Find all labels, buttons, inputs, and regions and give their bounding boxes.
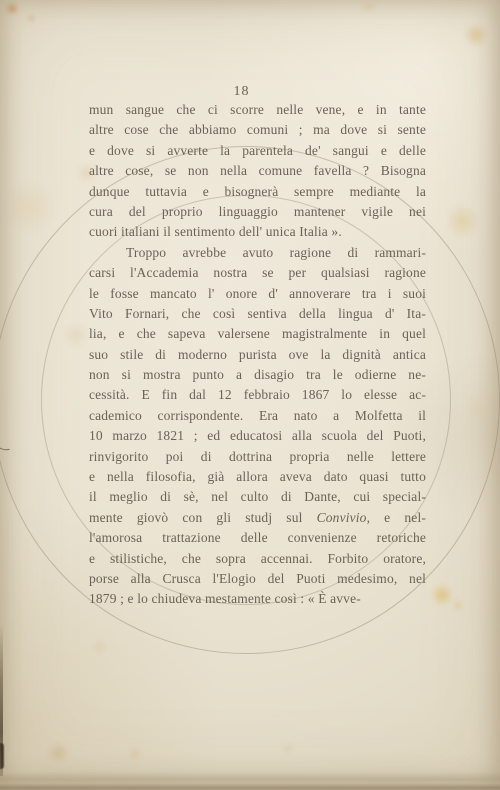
text-run: mun sangue che ci scorre nelle vene, e i… [89, 102, 426, 117]
text-line: porse alla Crusca l'Elogio del Puoti med… [89, 569, 426, 589]
text-run: Vito Fornari, che così sentiva della lin… [89, 306, 426, 321]
text-line: cura del proprio linguaggio mantener vig… [89, 202, 426, 222]
body-text: mun sangue che ci scorre nelle vene, e i… [89, 100, 426, 610]
text-run: suo stile di moderno purista ove la dign… [89, 347, 426, 362]
text-line: mente giovò con gli studj sul Convivio, … [89, 508, 426, 528]
foxing-stain [126, 748, 144, 760]
text-run: non si mostra punto a disagio tra le odi… [89, 367, 426, 382]
text-run: le fosse mancato l' onore d' annoverare … [89, 286, 426, 301]
page-edge-shadow-bottom [0, 772, 500, 790]
text-line: altre cose che abbiamo comuni ; ma dove … [89, 120, 426, 140]
text-line: non si mostra punto a disagio tra le odi… [89, 365, 426, 385]
edge-ink-mark [0, 433, 16, 452]
text-line: il meglio di sè, nel culto di Dante, cui… [89, 487, 426, 507]
text-line: altre cose, se non nella comune favella … [89, 161, 426, 181]
foxing-stain [468, 390, 494, 430]
text-line: dunque tuttavia e bisognerà sempre media… [89, 182, 426, 202]
text-run: dunque tuttavia e bisognerà sempre media… [89, 184, 426, 199]
text-line: l'amorosa trattazione delle convenienze … [89, 528, 426, 548]
text-line: rinvigorito poi di dottrina propria nell… [89, 447, 426, 467]
text-run: 1879 ; e lo chiudeva mestamente così : «… [89, 591, 361, 606]
foxing-stain [464, 22, 488, 48]
page-edge-dark-mark [0, 743, 4, 769]
foxing-stain [448, 200, 478, 242]
text-run: 10 marzo 1821 ; ed educatosi alla scuola… [89, 428, 426, 443]
text-line: cuori italiani il sentimento dell' unica… [89, 222, 426, 242]
text-run: lia, e che sapeva valersene magistralmen… [89, 326, 426, 341]
text-run: carsi l'Accademia nostra se per qualsias… [89, 265, 426, 280]
foxing-stain [44, 744, 72, 762]
text-run: cura del proprio linguaggio mantener vig… [89, 204, 426, 219]
text-run: Troppo avrebbe avuto ragione di rammari- [126, 245, 426, 260]
text-line: Vito Fornari, che così sentiva della lin… [89, 304, 426, 324]
foxing-stain [282, 744, 294, 753]
text-line: e dove si avverte la parentela de' sangu… [89, 141, 426, 161]
text-line: mun sangue che ci scorre nelle vene, e i… [89, 100, 426, 120]
text-run: porse alla Crusca l'Elogio del Puoti med… [89, 571, 426, 586]
text-run: cuori italiani il sentimento dell' unica… [89, 224, 342, 239]
text-line: e nella filosofia, già allora aveva dato… [89, 467, 426, 487]
page-edge-shadow-left [0, 624, 3, 776]
text-run: cessità. E fin dal 12 febbraio 1867 lo e… [89, 387, 426, 402]
foxing-stain [63, 321, 89, 349]
text-line: suo stile di moderno purista ove la dign… [89, 345, 426, 365]
text-line: 1879 ; e lo chiudeva mestamente così : «… [89, 589, 426, 609]
text-line: Troppo avrebbe avuto ragione di rammari- [89, 243, 426, 263]
page-number: 18 [73, 84, 410, 100]
text-run: e nella filosofia, già allora aveva dato… [89, 469, 426, 484]
book-page: 18 mun sangue che ci scorre nelle vene, … [0, 0, 500, 790]
text-run: il meglio di sè, nel culto di Dante, cui… [89, 489, 426, 504]
italic-text: Convivio [317, 510, 367, 525]
foxing-stain [27, 15, 36, 22]
text-run: e stilistiche, che sopra accennai. Forbi… [89, 551, 426, 566]
foxing-stain [6, 175, 52, 239]
text-line: le fosse mancato l' onore d' annoverare … [89, 284, 426, 304]
foxing-stain [452, 600, 464, 610]
text-line: 10 marzo 1821 ; ed educatosi alla scuola… [89, 426, 426, 446]
text-line: cademico corrispondente. Era nato a Molf… [89, 406, 426, 426]
text-run: , e nel- [367, 510, 426, 525]
text-run: altre cose, se non nella comune favella … [89, 163, 426, 178]
text-line: e stilistiche, che sopra accennai. Forbi… [89, 549, 426, 569]
foxing-stain [360, 2, 378, 11]
foxing-stain [5, 3, 19, 14]
text-run: cademico corrispondente. Era nato a Molf… [89, 408, 426, 423]
text-run: mente giovò con gli studj sul [89, 510, 317, 525]
foxing-stain [90, 640, 108, 654]
text-run: altre cose che abbiamo comuni ; ma dove … [89, 122, 426, 137]
text-run: e dove si avverte la parentela de' sangu… [89, 143, 426, 158]
text-line: lia, e che sapeva valersene magistralmen… [89, 324, 426, 344]
text-run: rinvigorito poi di dottrina propria nell… [89, 449, 426, 464]
foxing-stain [430, 584, 454, 606]
text-run: l'amorosa trattazione delle convenienze … [89, 530, 426, 545]
text-line: carsi l'Accademia nostra se per qualsias… [89, 263, 426, 283]
text-line: cessità. E fin dal 12 febbraio 1867 lo e… [89, 385, 426, 405]
